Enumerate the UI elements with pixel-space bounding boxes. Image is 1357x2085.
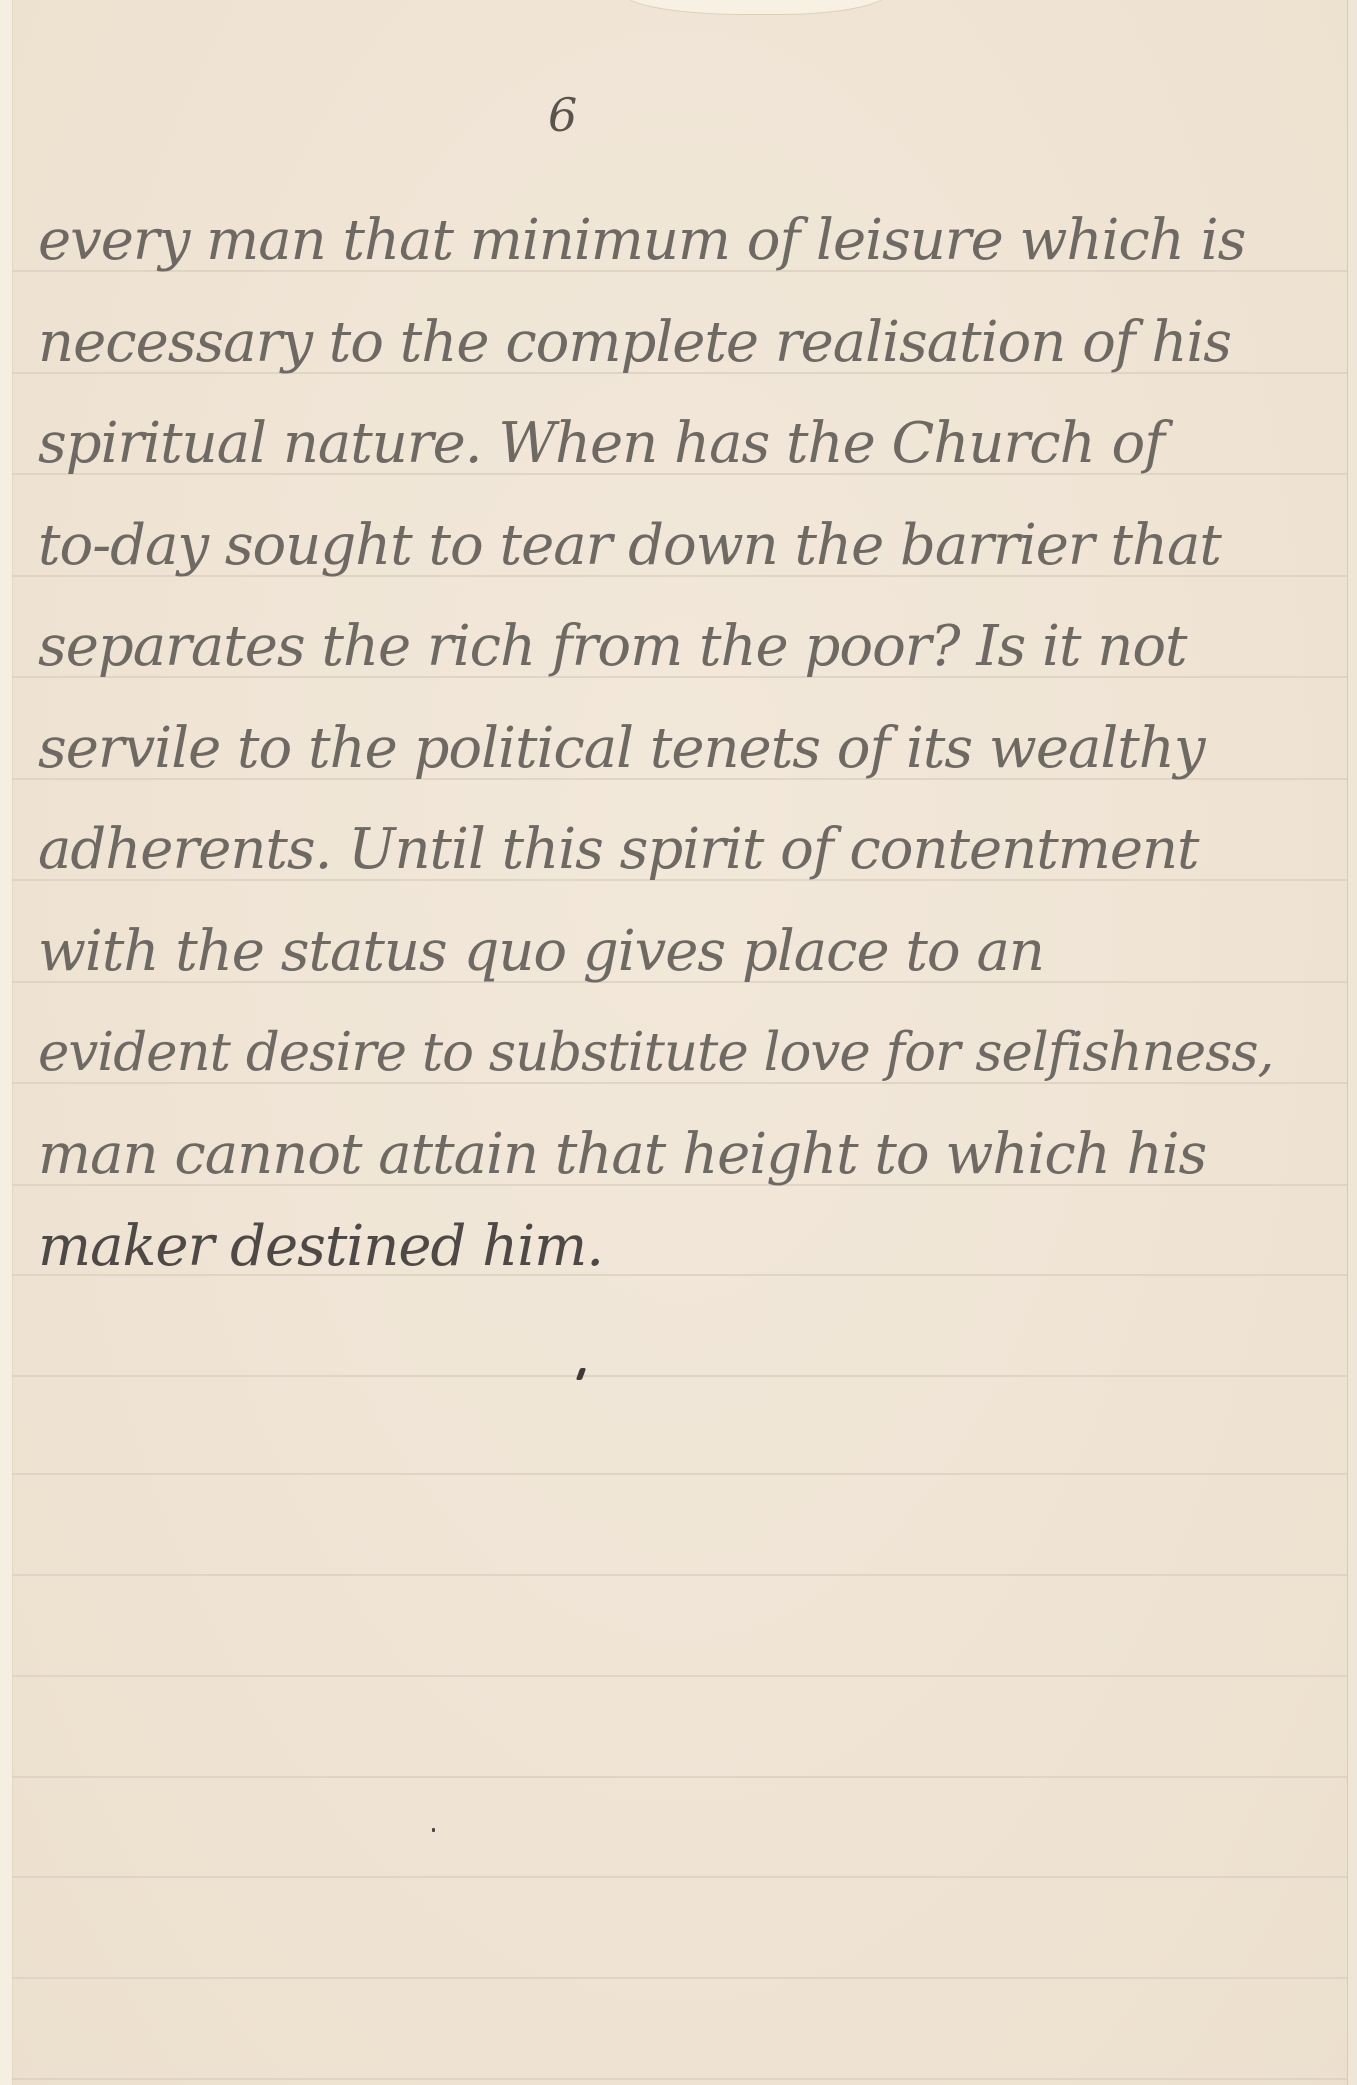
text-line-6: servile to the political tenets of its w…	[38, 714, 1338, 784]
text-line-5: separates the rich from the poor? Is it …	[38, 612, 1338, 682]
ruled-line	[12, 1876, 1347, 1878]
text-line-10: man cannot attain that height to which h…	[38, 1120, 1338, 1190]
ruled-line	[12, 1776, 1347, 1778]
text-line-4: to-day sought to tear down the barrier t…	[38, 511, 1338, 581]
text-line-11: maker destined him.	[38, 1212, 1338, 1282]
manuscript-page: 6 every man that minimum of leisure whic…	[0, 0, 1357, 2085]
text-line-8: with the status quo gives place to an	[38, 917, 1338, 987]
page-number: 6	[548, 88, 577, 142]
ruled-line	[12, 1574, 1347, 1576]
paper-left-edge	[0, 0, 13, 2085]
text-line-9: evident desire to substitute love for se…	[38, 1018, 1338, 1088]
ruled-line	[12, 1675, 1347, 1677]
text-line-1: every man that minimum of leisure which …	[38, 206, 1338, 276]
torn-top-edge	[620, 0, 890, 14]
paper-right-edge	[1347, 0, 1357, 2085]
ink-mark	[576, 1368, 586, 1380]
text-line-2: necessary to the complete realisation of…	[38, 308, 1338, 378]
text-line-3: spiritual nature. When has the Church of	[38, 409, 1338, 479]
ruled-line	[12, 1977, 1347, 1979]
ruled-line	[12, 2078, 1347, 2080]
ink-speck	[432, 1828, 435, 1832]
text-line-7: adherents. Until this spirit of contentm…	[38, 815, 1338, 885]
ruled-line	[12, 1375, 1347, 1377]
ruled-line	[12, 1473, 1347, 1475]
